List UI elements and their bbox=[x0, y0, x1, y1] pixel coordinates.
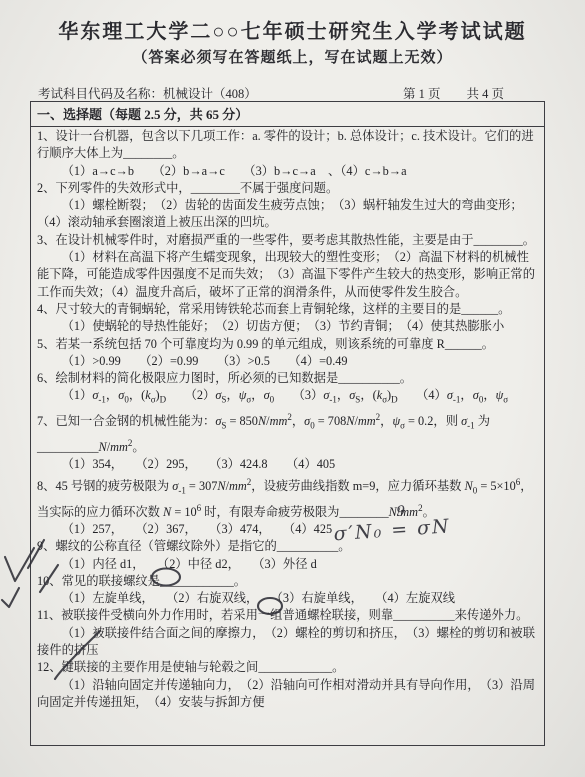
page-total: 共 4 页 bbox=[466, 84, 504, 102]
question-item: 7、已知一合金钢的机械性能为：σS = 850N/mm2，σ0 = 708N/m… bbox=[37, 409, 539, 474]
question-list: 1、设计一台机器，包含以下几项工作：a. 零件的设计；b. 总体设计；c. 技术… bbox=[31, 127, 544, 711]
page-subtitle: （答案必须写在答题纸上，写在试题上无效） bbox=[0, 46, 585, 67]
question-box: 一、选择题（每题 2.5 分，共 65 分） 1、设计一台机器，包含以下几项工作… bbox=[30, 101, 545, 746]
section-heading: 一、选择题（每题 2.5 分，共 65 分） bbox=[31, 102, 544, 127]
question-item: 12、键联接的主要作用是使轴与轮毂之间____________。 （1）沿轴向固… bbox=[37, 659, 539, 711]
question-item: 10、常见的联接螺纹是____________。 （1）左旋单线， （2）右旋双… bbox=[37, 573, 539, 608]
question-text: 6、绘制材料的简化极限应力图时，所必须的已知数据是__________。 bbox=[37, 370, 539, 387]
pen-check-margin-q10-icon bbox=[2, 588, 19, 607]
subject-code-label: 考试科目代码及名称：机械设计（408） bbox=[38, 84, 257, 102]
question-item: 6、绘制材料的简化极限应力图时，所必须的已知数据是__________。 （1）… bbox=[37, 370, 539, 409]
question-item: 9、螺纹的公称直径（管螺纹除外）是指它的__________。 （1）内径 d1… bbox=[37, 538, 539, 573]
question-text: 3、在设计机械零件时，对磨损严重的一些零件，要考虑其散热性能，主要是由于____… bbox=[37, 232, 539, 249]
page-info: 第 1 页 共 4 页 bbox=[403, 84, 504, 102]
question-item: 1、设计一台机器，包含以下几项工作：a. 零件的设计；b. 总体设计；c. 技术… bbox=[37, 128, 539, 180]
question-options: （1）>0.99 （2）=0.99 （3）>0.5 （4）=0.49 bbox=[37, 353, 539, 370]
question-options: （1）a→c→b （2）b→a→c （3）b→c→a 、（4）c→b→a bbox=[37, 163, 539, 180]
question-text: 2、下列零件的失效形式中，________不属于强度问题。 bbox=[37, 180, 539, 197]
question-text: 1、设计一台机器，包含以下几项工作：a. 零件的设计；b. 总体设计；c. 技术… bbox=[37, 128, 539, 163]
subject-row: 考试科目代码及名称：机械设计（408） 第 1 页 共 4 页 bbox=[38, 84, 504, 102]
question-item: 8、45 号钢的疲劳极限为 σ-1 = 307N/mm2，设疲劳曲线指数 m=9… bbox=[37, 474, 539, 539]
question-item: 2、下列零件的失效形式中，________不属于强度问题。 （1）螺栓断裂； （… bbox=[37, 180, 539, 232]
question-item: 3、在设计机械零件时，对磨损严重的一些零件，要考虑其散热性能，主要是由于____… bbox=[37, 232, 539, 301]
question-item: 5、若某一系统包括 70 个可靠度均为 0.99 的单元组成，则该系统的可靠度 … bbox=[37, 336, 539, 371]
question-text: 8、45 号钢的疲劳极限为 σ-1 = 307N/mm2，设疲劳曲线指数 m=9… bbox=[37, 474, 539, 521]
question-options: （1）使蜗轮的导热性能好； （2）切齿方便； （3）节约青铜； （4）使其热膨胀… bbox=[37, 318, 539, 335]
question-options: （1）257， （2）367， （3）474， （4）425 bbox=[37, 521, 539, 538]
question-options: （1）左旋单线， （2）右旋双线， （3）右旋单线， （4）左旋双线 bbox=[37, 590, 539, 607]
question-item: 4、尺寸较大的青铜蜗轮，常采用铸铁轮芯而套上青铜轮缘，这样的主要目的是_____… bbox=[37, 301, 539, 336]
question-options: （1）内径 d1， （2）中径 d2， （3）外径 d bbox=[37, 556, 539, 573]
exam-page: 华东理工大学二○○七年硕士研究生入学考试试题 （答案必须写在答题纸上，写在试题上… bbox=[0, 0, 585, 777]
question-text: 11、被联接件受横向外力作用时，若采用一组普通螺栓联接，则靠__________… bbox=[37, 607, 539, 624]
question-options: （1）354， （2）295， （3）424.8 （4）405 bbox=[37, 456, 539, 473]
question-text: 4、尺寸较大的青铜蜗轮，常采用铸铁轮芯而套上青铜轮缘，这样的主要目的是_____… bbox=[37, 301, 539, 318]
question-text: 10、常见的联接螺纹是____________。 bbox=[37, 573, 539, 590]
question-text: 9、螺纹的公称直径（管螺纹除外）是指它的__________。 bbox=[37, 538, 539, 555]
question-options: （1）被联接件结合面之间的摩擦力， （2）螺栓的剪切和挤压， （3）螺栓的剪切和… bbox=[37, 625, 539, 660]
question-text: 12、键联接的主要作用是使轴与轮毂之间____________。 bbox=[37, 659, 539, 676]
question-text: 7、已知一合金钢的机械性能为：σS = 850N/mm2，σ0 = 708N/m… bbox=[37, 409, 539, 456]
question-options: （1）螺栓断裂； （2）齿轮的齿面发生疲劳点蚀； （3）蜗杆轴发生过大的弯曲变形… bbox=[37, 197, 539, 232]
question-options: （1）材料在高温下将产生蠕变现象，出现较大的塑性变形； （2）高温下材料的机械性… bbox=[37, 249, 539, 301]
question-text: 5、若某一系统包括 70 个可靠度均为 0.99 的单元组成，则该系统的可靠度 … bbox=[37, 336, 539, 353]
page-title: 华东理工大学二○○七年硕士研究生入学考试试题 bbox=[0, 15, 585, 44]
question-item: 11、被联接件受横向外力作用时，若采用一组普通螺栓联接，则靠__________… bbox=[37, 607, 539, 659]
question-options: （1）σ-1，σ0，(kσ)D （2）σS，ψσ，σ0 （3）σ-1，σS，(k… bbox=[37, 387, 539, 409]
page-number: 第 1 页 bbox=[403, 84, 441, 102]
question-options: （1）沿轴向固定并传递轴向力， （2）沿轴向可作相对滑动并具有导向作用， （3）… bbox=[37, 677, 539, 712]
